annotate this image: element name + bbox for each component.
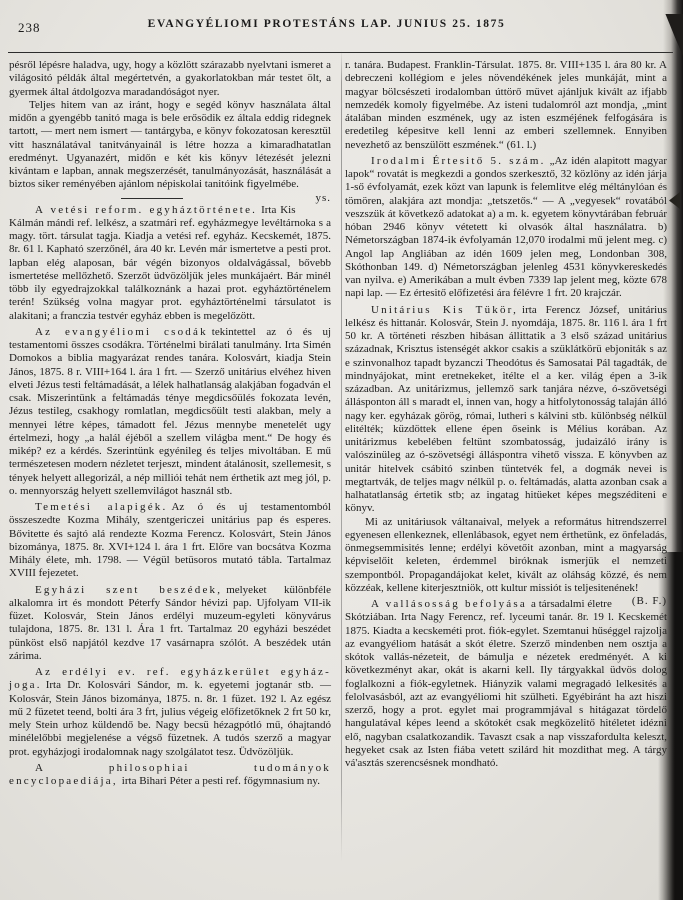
review-title: A vallásosság befolyása [371, 598, 527, 610]
book-review-paragraph: Az erdélyi ev. ref. egyházkerület egyház… [9, 666, 331, 759]
paragraph-text: Irta Dr. Kolosvári Sándor, m. k. egyetem… [9, 679, 331, 757]
review-title: Irodalmi Értesitő 5. szám. [371, 155, 546, 167]
paragraph-text: r. tanára. Budapest. Franklin-Társulat. … [345, 59, 667, 151]
review-title: Egyházi szent beszédek, [35, 584, 222, 596]
paragraph-text: pésről lépésre haladva, ugy, hogy a közl… [9, 59, 331, 98]
masthead-title: EVANGYÉLIOMI PROTESTÁNS LAP. JUNIUS 25. … [0, 18, 683, 30]
book-review-paragraph: Az evangyéliomi csodáktekintettel az ó é… [9, 326, 331, 498]
scanned-newspaper-page: 238 EVANGYÉLIOMI PROTESTÁNS LAP. JUNIUS … [0, 0, 683, 900]
column-divider-rule [341, 50, 342, 862]
paragraph: Mi az unitáriusok váltanaival, melyek a … [345, 516, 667, 596]
page-number: 238 [18, 20, 41, 36]
paragraph: r. tanára. Budapest. Franklin-Társulat. … [345, 59, 667, 152]
book-review-paragraph: Egyházi szent beszédek,melyeket különbfé… [9, 584, 331, 664]
right-column: r. tanára. Budapest. Franklin-Társulat. … [345, 59, 667, 788]
paragraph-text: a társadalmi életre Skótziában. Irta Nag… [345, 598, 667, 769]
book-review-paragraph: Irodalmi Értesitő 5. szám.„Az idén alapi… [345, 155, 667, 301]
paragraph-text: Mi az unitáriusok váltanaival, melyek a … [345, 516, 667, 594]
paragraph: pésről lépésre haladva, ugy, hogy a közl… [9, 59, 331, 99]
paragraph-text: „Az idén alapitott magyar lapok“ rovatát… [345, 155, 667, 300]
paragraph: Teljes hitem van az iránt, hogy e segéd … [9, 99, 331, 192]
review-title: Az evangyéliomi csodák [35, 326, 208, 338]
paragraph-text: irta Bihari Péter a pesti ref. főgymnasi… [122, 775, 320, 787]
book-review-paragraph: Unitárius Kis Tükör,irta Ferencz József,… [345, 304, 667, 516]
paragraph-text: Teljes hitem van az iránt, hogy e segéd … [9, 99, 331, 191]
author-signature: ys. [295, 192, 331, 205]
page-header: 238 EVANGYÉLIOMI PROTESTÁNS LAP. JUNIUS … [0, 0, 683, 48]
book-review-paragraph: A philosophiai tudományok encyclopaediáj… [9, 762, 331, 789]
book-review-paragraph: A vallásosság befolyásaa társadalmi élet… [345, 598, 667, 770]
review-title: Unitárius Kis Tükör, [371, 304, 518, 316]
paragraph-text: Irta Kis Kálmán mándi ref. lelkész, a sz… [9, 204, 331, 322]
section-divider-rule [121, 198, 183, 199]
paragraph-text: tekintettel az ó és uj testamentomi össz… [9, 326, 331, 497]
paragraph-text: irta Ferencz József, unitárius lelkész é… [345, 304, 667, 515]
review-title: Temetési alapigék. [35, 501, 167, 513]
book-review-paragraph: A vetési reform. egyháztörténete.Irta Ki… [9, 204, 331, 323]
scan-edge-shadow-bottom [658, 552, 683, 900]
left-column: pésről lépésre haladva, ugy, hogy a közl… [9, 59, 331, 788]
book-review-paragraph: Temetési alapigék.Az ó és uj testamentom… [9, 501, 331, 581]
review-title: A vetési reform. egyháztörténete. [35, 204, 257, 216]
